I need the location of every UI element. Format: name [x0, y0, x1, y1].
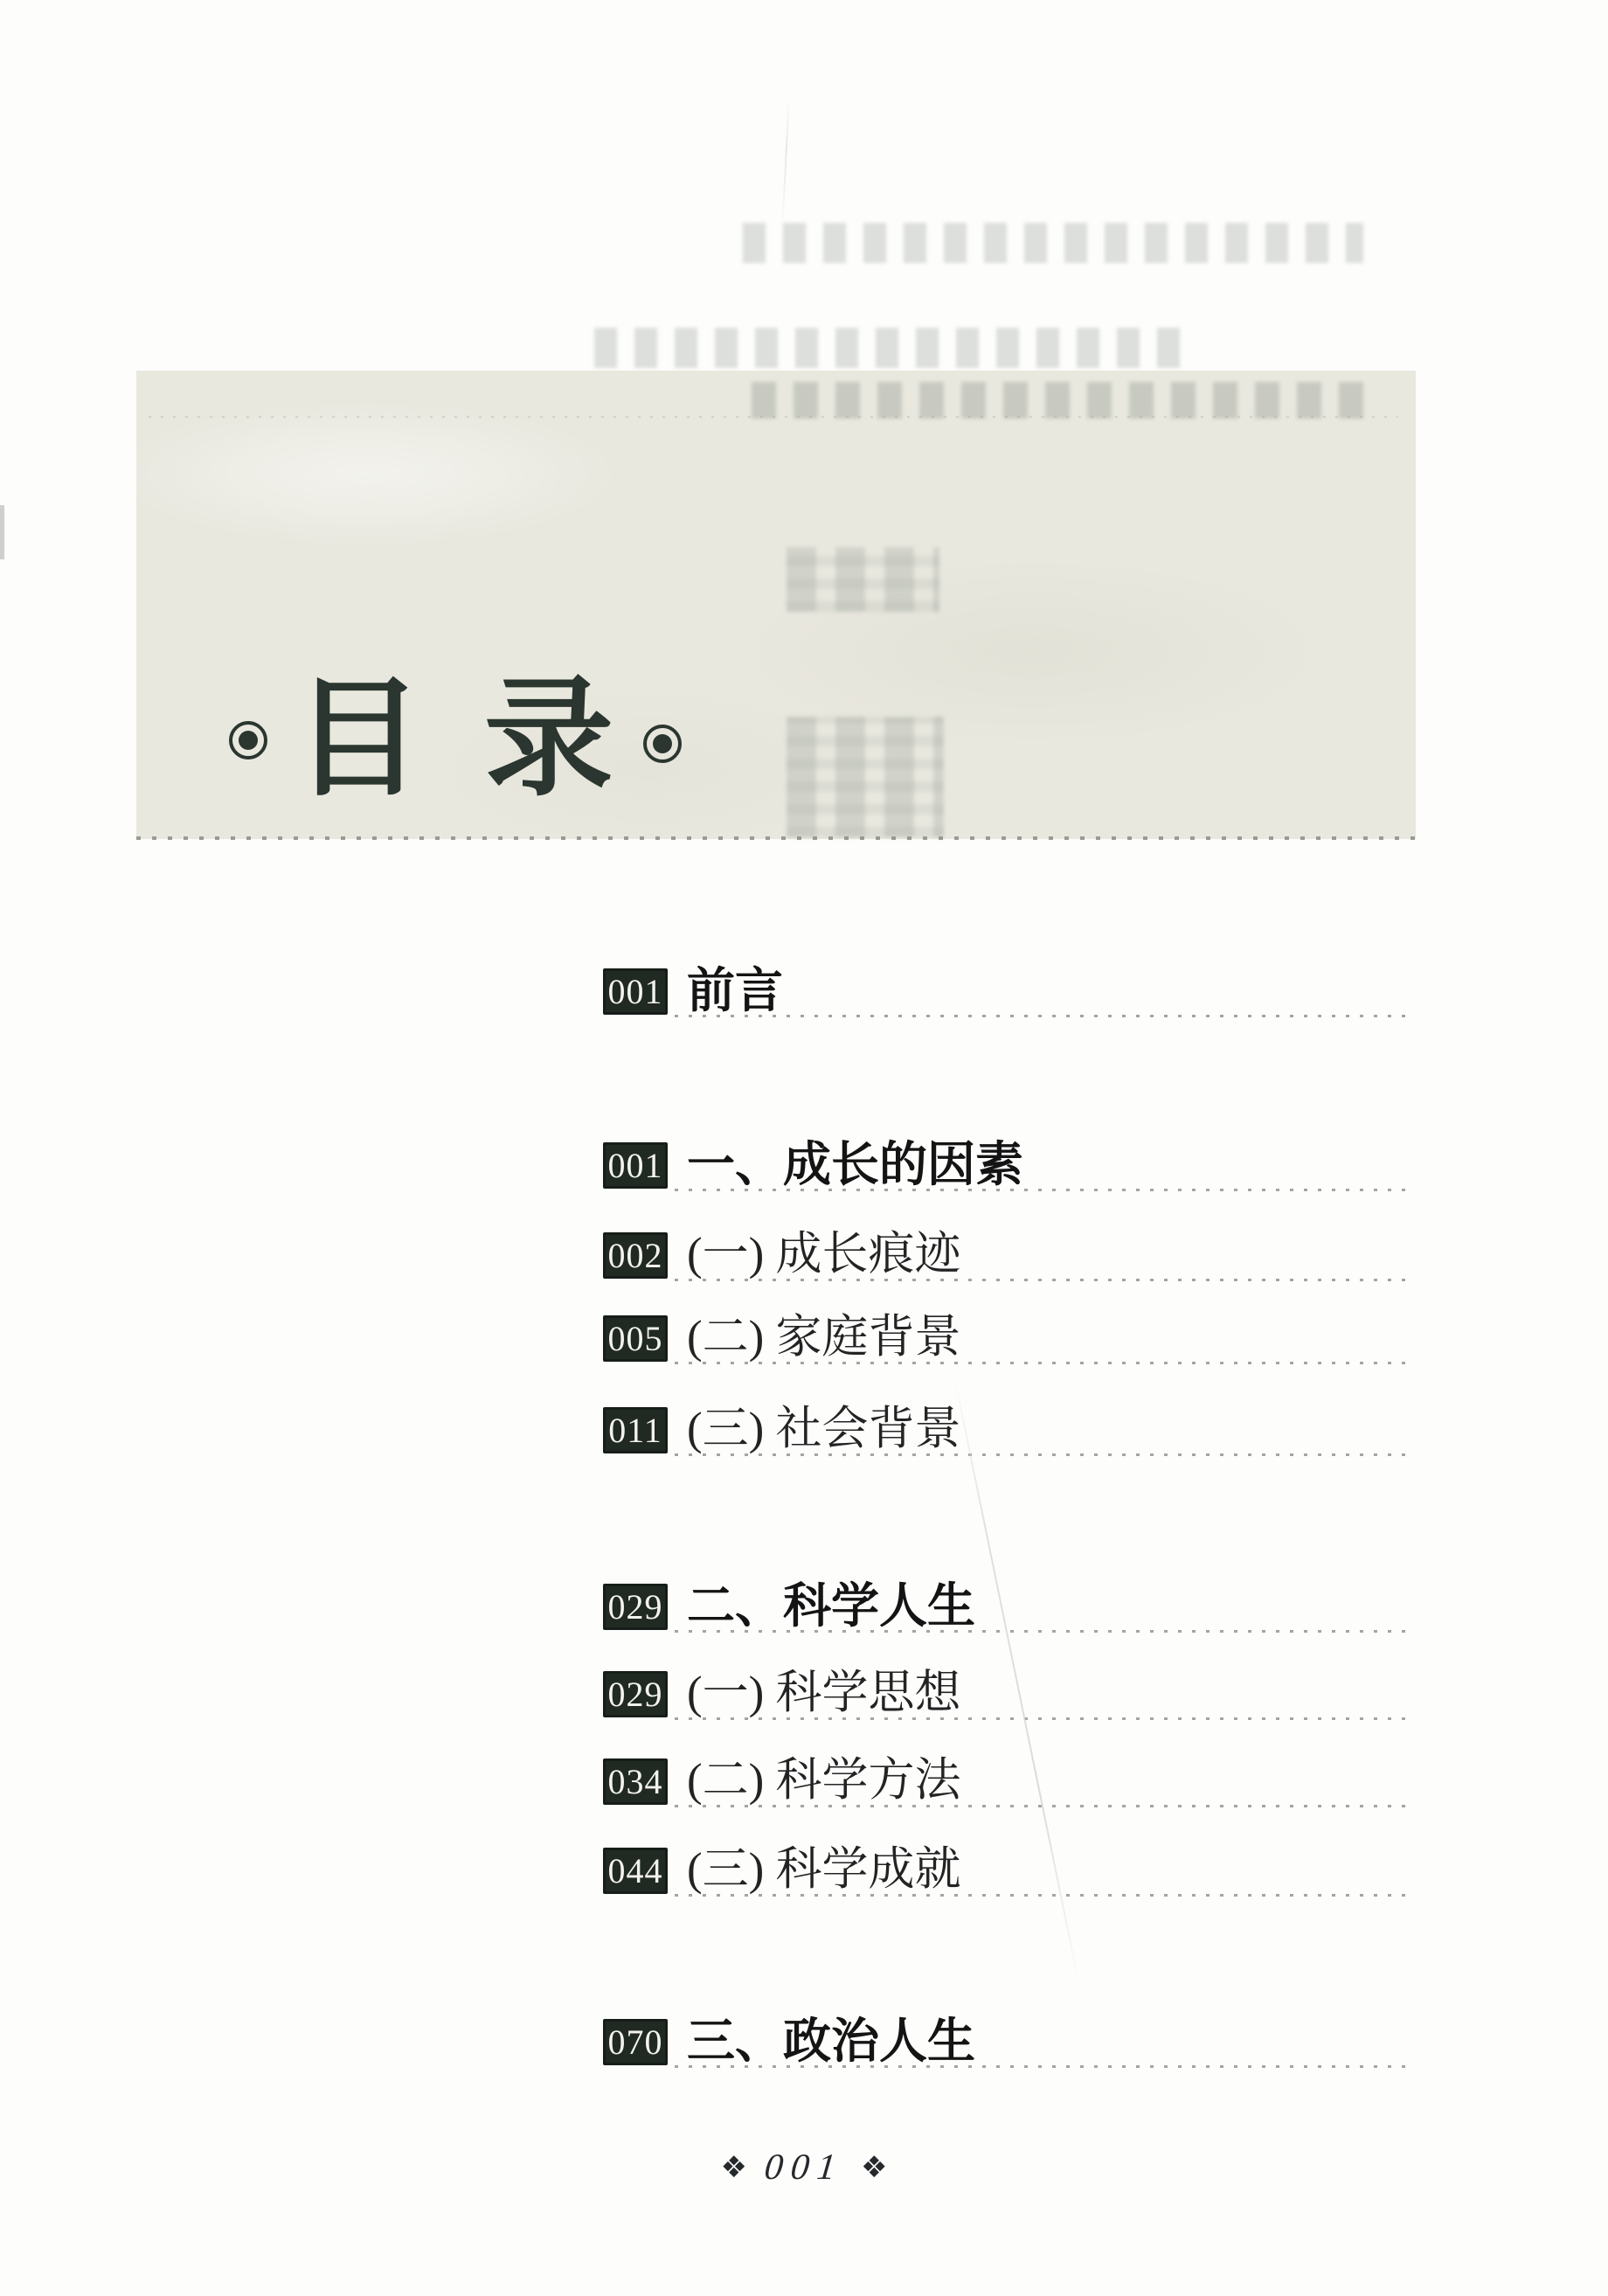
toc-entry-label: (二) 家庭背景	[687, 1314, 961, 1363]
show-through-rule	[149, 416, 1398, 418]
toc-entry-label: (一) 科学思想	[687, 1669, 961, 1718]
dotted-leader	[675, 1015, 1416, 1017]
scan-crease-artifact	[781, 98, 790, 229]
bullseye-ornament-icon	[229, 721, 267, 760]
show-through-text-row	[743, 223, 1363, 263]
page-number-badge: 001	[603, 968, 668, 1015]
page-number-badge: 001	[603, 1142, 668, 1189]
toc-entry-label: (一) 成长痕迹	[687, 1231, 961, 1280]
toc-entry: 001 一、成长的因素	[603, 1137, 1416, 1193]
toc-entry: 011 (三) 社会背景	[603, 1402, 1416, 1458]
page-number-badge: 002	[603, 1232, 668, 1279]
page-number-badge: 029	[603, 1671, 668, 1717]
bullseye-ornament-icon	[643, 725, 682, 763]
show-through-blob	[787, 717, 944, 837]
show-through-text-row	[594, 328, 1180, 368]
title-char: 目	[294, 676, 423, 805]
show-through-blob	[787, 547, 939, 612]
page-number-badge: 005	[603, 1315, 668, 1362]
toc-entry: 001 前言	[603, 963, 1416, 1019]
page-footer: ❖ 001 ❖	[0, 2143, 1608, 2192]
footer-page-number: 001	[763, 2149, 845, 2186]
toc-entry: 044 (三) 科学成就	[603, 1842, 1416, 1898]
toc-entry-label: (三) 社会背景	[687, 1405, 961, 1454]
show-through-text-row	[752, 382, 1363, 419]
toc-entry: 005 (二) 家庭背景	[603, 1310, 1416, 1366]
toc-entry-label: 三、政治人生	[687, 2016, 975, 2067]
toc-entry: 070 三、政治人生	[603, 2014, 1416, 2070]
banner-bottom-dashed-rule	[136, 836, 1416, 840]
toc-entry-label: 一、成长的因素	[687, 1140, 1023, 1190]
page-title: 目 录	[229, 675, 682, 806]
page-number-badge: 070	[603, 2019, 668, 2065]
diamond-ornament-icon: ❖	[861, 2153, 887, 2182]
toc-entry-label: (二) 科学方法	[687, 1757, 961, 1806]
toc-entry-label: 二、科学人生	[687, 1581, 975, 1632]
page-number-badge: 029	[603, 1584, 668, 1630]
toc-entry: 034 (二) 科学方法	[603, 1753, 1416, 1809]
toc-entry: 029 (一) 科学思想	[603, 1666, 1416, 1722]
toc-entry: 029 二、科学人生	[603, 1578, 1416, 1634]
page-number-badge: 044	[603, 1848, 668, 1894]
page-number-badge: 011	[603, 1407, 668, 1453]
toc-entry-label: 前言	[687, 966, 783, 1016]
page-number-badge: 034	[603, 1758, 668, 1805]
scanned-toc-page: 目 录 001 前言 001 一、成长的因素 002 (一) 成长痕迹 005 …	[0, 0, 1608, 2296]
scan-edge-artifact	[0, 505, 4, 559]
toc-entry: 002 (一) 成长痕迹	[603, 1227, 1416, 1283]
diamond-ornament-icon: ❖	[721, 2153, 747, 2182]
title-char: 录	[484, 676, 613, 805]
toc-entry-label: (三) 科学成就	[687, 1846, 961, 1895]
